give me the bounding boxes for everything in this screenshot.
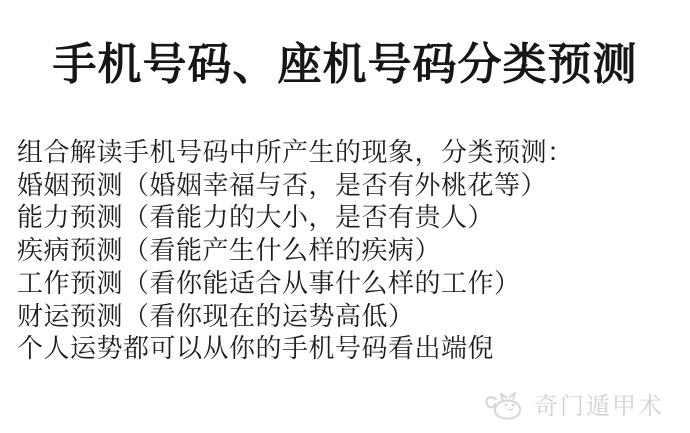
page-title: 手机号码、座机号码分类预测 (0, 28, 690, 92)
watermark: 奇门遁甲术 (483, 386, 664, 421)
body-line: 疾病预测（看能产生什么样的疾病） (17, 235, 682, 268)
body-line: 婚姻预测（婚姻幸福与否，是否有外桃花等） (17, 170, 682, 203)
body-line: 能力预测（看能力的大小，是否有贵人） (17, 202, 682, 235)
body-line: 个人运势都可以从你的手机号码看出端倪 (17, 333, 682, 366)
cat-logo-icon (483, 387, 527, 421)
body-text-block: 组合解读手机号码中所产生的现象，分类预测： 婚姻预测（婚姻幸福与否，是否有外桃花… (17, 137, 682, 366)
slide: 手机号码、座机号码分类预测 组合解读手机号码中所产生的现象，分类预测： 婚姻预测… (0, 0, 690, 433)
watermark-label: 奇门遁甲术 (534, 386, 664, 421)
body-line: 组合解读手机号码中所产生的现象，分类预测： (17, 137, 682, 170)
body-line: 工作预测（看你能适合从事什么样的工作） (17, 268, 682, 301)
body-line: 财运预测（看你现在的运势高低） (17, 301, 682, 334)
